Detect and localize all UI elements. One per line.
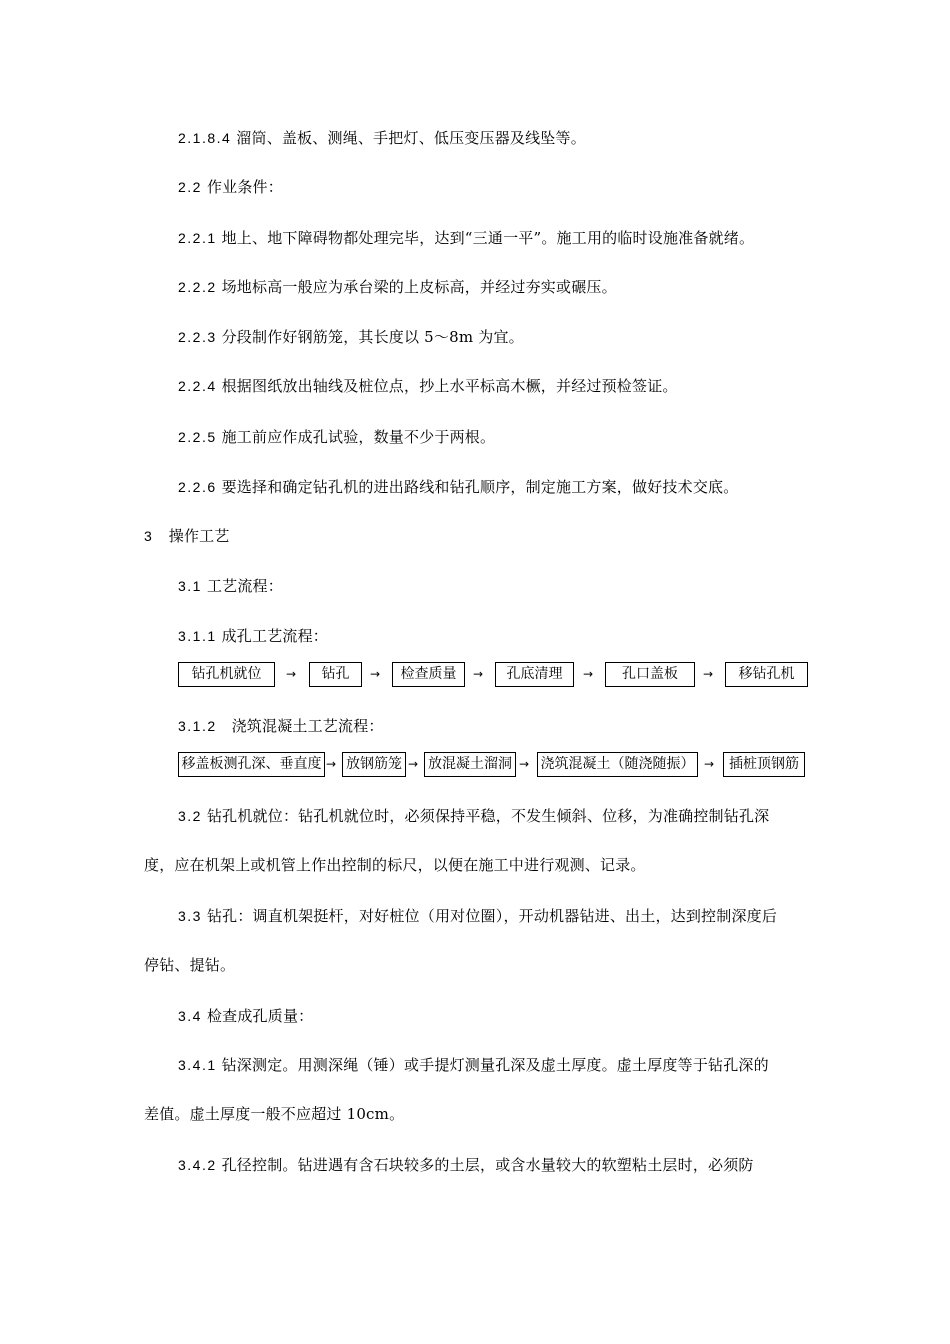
flow-step: 放混凝土溜洞: [424, 752, 516, 777]
paragraph-2-2-6: 2.2.6 要选择和确定钻孔机的进出路线和钻孔顺序，制定施工方案，做好技术交底。: [178, 477, 738, 497]
paragraph-text: 工艺流程：: [207, 577, 283, 595]
paragraph-2-2-4: 2.2.4 根据图纸放出轴线及桩位点，抄上水平标高木橛，并经过预检签证。: [178, 376, 678, 396]
section-title: 操作工艺: [169, 527, 230, 545]
paragraph-text: 要选择和确定钻孔机的进出路线和钻孔顺序，制定施工方案，做好技术交底。: [222, 478, 739, 496]
paragraph-text: 根据图纸放出轴线及桩位点，抄上水平标高木橛，并经过预检签证。: [222, 377, 678, 395]
paragraph-number: 2.2.4: [178, 378, 217, 394]
paragraph-text: 作业条件：: [207, 178, 283, 196]
paragraph-3-1: 3.1 工艺流程：: [178, 576, 283, 596]
flow-step: 放钢筋笼: [342, 752, 406, 777]
paragraph-number: 3.4.2: [178, 1157, 217, 1173]
paragraph-text: 钻深测定。用测深绳（锤）或手提灯测量孔深及虚土厚度。虚土厚度等于钻孔深的: [222, 1056, 769, 1074]
paragraph-text: 钻孔：调直机架挺杆，对好桩位（用对位圈），开动机器钻进、出土，达到控制深度后: [207, 907, 777, 925]
arrow-right-icon: →: [704, 757, 714, 771]
paragraph-2-2-1: 2.2.1 地上、地下障碍物都处理完毕，达到“三通一平”。施工用的临时设施准备就…: [178, 228, 754, 248]
arrow-right-icon: →: [370, 667, 380, 681]
flow-step: 钻孔机就位: [178, 662, 275, 687]
paragraph-3-4-1-line2: 差值。虚土厚度一般不应超过 10cm。: [144, 1104, 404, 1124]
paragraph-text: 成孔工艺流程：: [222, 627, 328, 645]
flow-step: 浇筑混凝土（随浇随振）: [537, 752, 698, 777]
section-heading-3: 3 操作工艺: [144, 526, 230, 546]
paragraph-number: 2.1.8.4: [178, 130, 231, 146]
paragraph-number: 2.2.1: [178, 230, 217, 246]
paragraph-text: 停钻、提钻。: [144, 956, 235, 974]
paragraph-2-1-8-4: 2.1.8.4 溜筒、盖板、测绳、手把灯、低压变压器及线坠等。: [178, 128, 586, 148]
flow-step: 孔口盖板: [605, 662, 695, 687]
paragraph-number: 2.2.5: [178, 429, 217, 445]
flow-step: 钻孔: [309, 662, 362, 687]
paragraph-number: 2.2.3: [178, 329, 217, 345]
paragraph-2-2: 2.2 作业条件：: [178, 177, 283, 197]
paragraph-text: 浇筑混凝土工艺流程：: [232, 717, 384, 735]
paragraph-number: 2.2: [178, 179, 202, 195]
paragraph-3-4-2-line1: 3.4.2 孔径控制。钻进遇有含石块较多的土层，或含水量较大的软塑粘土层时，必须…: [178, 1155, 754, 1175]
paragraph-3-3-line2: 停钻、提钻。: [144, 955, 235, 975]
paragraph-number: 3.1.2: [178, 718, 217, 734]
paragraph-text: 度，应在机架上或机管上作出控制的标尺，以便在施工中进行观测、记录。: [144, 856, 646, 874]
paragraph-number: 3.4.1: [178, 1057, 217, 1073]
paragraph-number: 2.2.2: [178, 279, 217, 295]
document-page: 2.1.8.4 溜筒、盖板、测绳、手把灯、低压变压器及线坠等。 2.2 作业条件…: [0, 0, 950, 1344]
flow-step: 检查质量: [392, 662, 465, 687]
paragraph-number: 3.3: [178, 908, 202, 924]
arrow-right-icon: →: [286, 667, 296, 681]
paragraph-text: 钻孔机就位：钻孔机就位时，必须保持平稳，不发生倾斜、位移，为准确控制钻孔深: [207, 807, 769, 825]
paragraph-3-2-line1: 3.2 钻孔机就位：钻孔机就位时，必须保持平稳，不发生倾斜、位移，为准确控制钻孔…: [178, 806, 769, 826]
arrow-right-icon: →: [326, 757, 336, 771]
paragraph-3-3-line1: 3.3 钻孔：调直机架挺杆，对好桩位（用对位圈），开动机器钻进、出土，达到控制深…: [178, 906, 777, 926]
flow-step: 移钻孔机: [725, 662, 808, 687]
arrow-right-icon: →: [583, 667, 593, 681]
paragraph-text: 场地标高一般应为承台梁的上皮标高，并经过夯实或碾压。: [222, 278, 617, 296]
section-number: 3: [144, 528, 152, 544]
paragraph-text: 施工前应作成孔试验，数量不少于两根。: [222, 428, 496, 446]
paragraph-2-2-5: 2.2.5 施工前应作成孔试验，数量不少于两根。: [178, 427, 495, 447]
paragraph-text: 检查成孔质量：: [207, 1007, 313, 1025]
paragraph-text: 孔径控制。钻进遇有含石块较多的土层，或含水量较大的软塑粘土层时，必须防: [222, 1156, 754, 1174]
paragraph-text: 地上、地下障碍物都处理完毕，达到“三通一平”。施工用的临时设施准备就绪。: [222, 229, 755, 247]
paragraph-3-1-2: 3.1.2 浇筑混凝土工艺流程：: [178, 716, 384, 736]
paragraph-text: 溜筒、盖板、测绳、手把灯、低压变压器及线坠等。: [236, 129, 586, 147]
paragraph-number: 3.1: [178, 578, 202, 594]
paragraph-3-2-line2: 度，应在机架上或机管上作出控制的标尺，以便在施工中进行观测、记录。: [144, 855, 646, 875]
flow-step: 孔底清理: [495, 662, 574, 687]
paragraph-3-1-1: 3.1.1 成孔工艺流程：: [178, 626, 328, 646]
paragraph-3-4: 3.4 检查成孔质量：: [178, 1006, 313, 1026]
paragraph-number: 2.2.6: [178, 479, 217, 495]
paragraph-text: 分段制作好钢筋笼，其长度以 5～8m 为宜。: [222, 328, 524, 346]
paragraph-3-4-1-line1: 3.4.1 钻深测定。用测深绳（锤）或手提灯测量孔深及虚土厚度。虚土厚度等于钻孔…: [178, 1055, 769, 1075]
arrow-right-icon: →: [703, 667, 713, 681]
paragraph-number: 3.1.1: [178, 628, 217, 644]
arrow-right-icon: →: [519, 757, 529, 771]
paragraph-2-2-2: 2.2.2 场地标高一般应为承台梁的上皮标高，并经过夯实或碾压。: [178, 277, 617, 297]
arrow-right-icon: →: [408, 757, 418, 771]
flow-step: 插桩顶钢筋: [723, 752, 805, 777]
paragraph-text: 差值。虚土厚度一般不应超过 10cm。: [144, 1105, 404, 1123]
paragraph-number: 3.4: [178, 1008, 202, 1024]
flow-step: 移盖板测孔深、垂直度: [178, 752, 325, 777]
paragraph-number: 3.2: [178, 808, 202, 824]
arrow-right-icon: →: [473, 667, 483, 681]
paragraph-2-2-3: 2.2.3 分段制作好钢筋笼，其长度以 5～8m 为宜。: [178, 327, 524, 347]
